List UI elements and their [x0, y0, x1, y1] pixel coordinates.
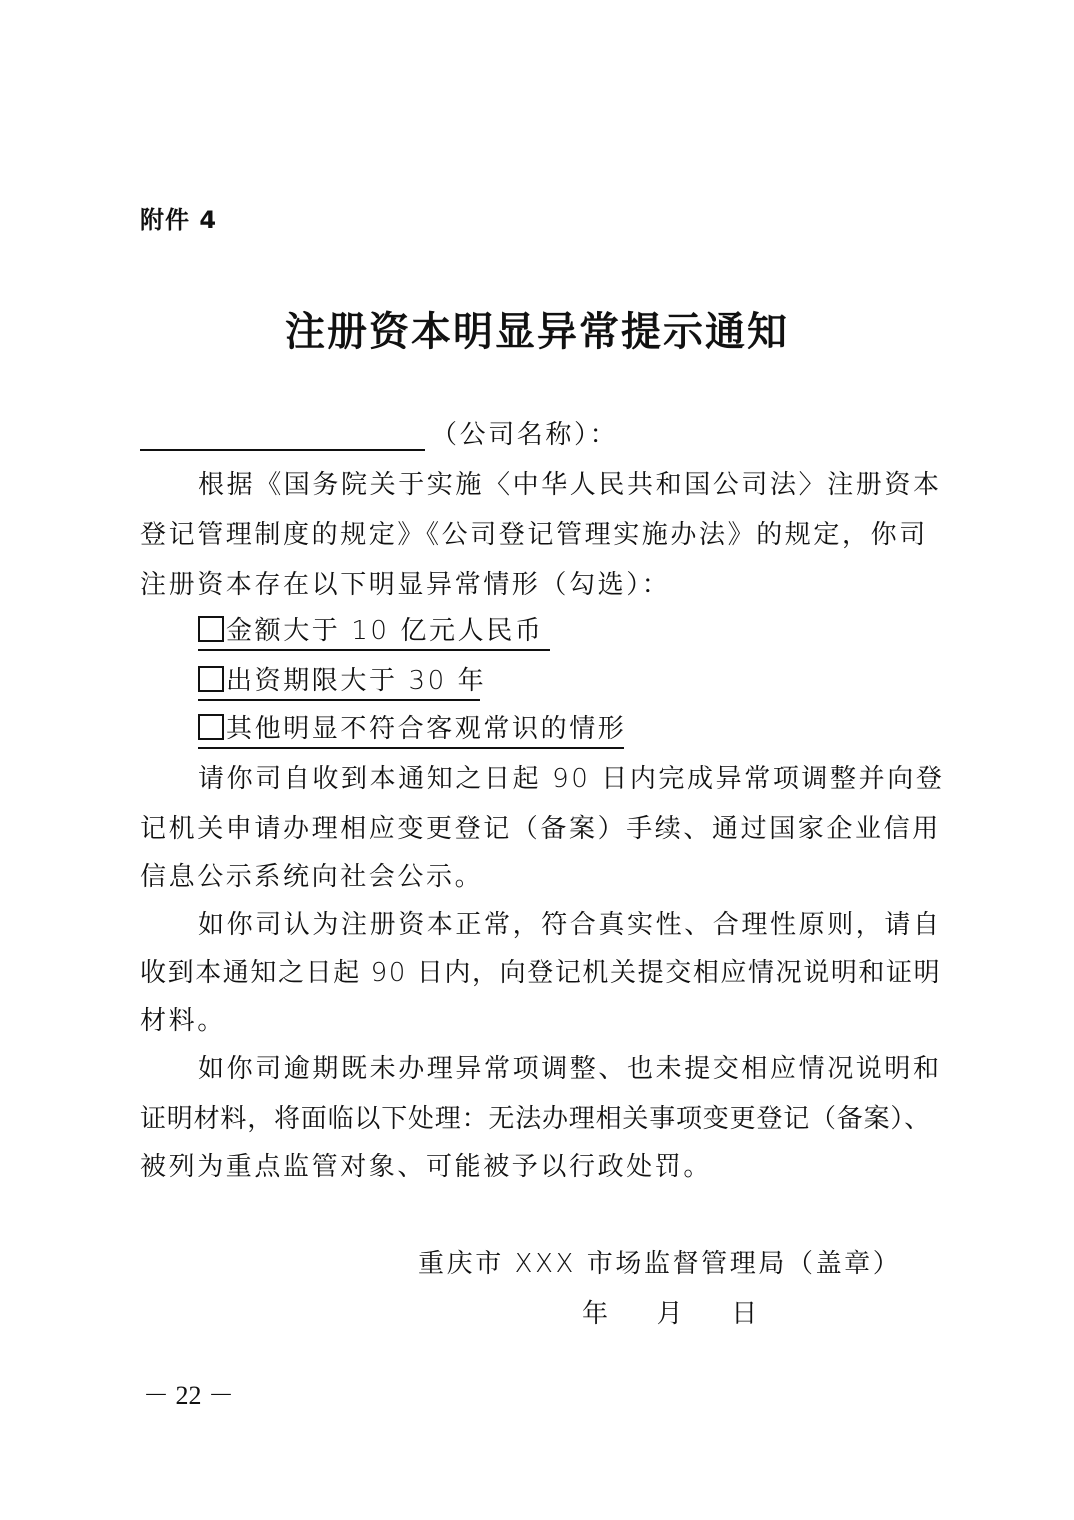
- date-day: 日: [731, 1299, 760, 1329]
- checkbox-item-amount[interactable]: 金额大于 10 亿元人民币: [198, 610, 550, 651]
- recipient-line: （公司名称）：: [140, 414, 618, 451]
- paragraph2-line3: 信息公示系统向社会公示。: [140, 856, 483, 893]
- checkbox-label: 金额大于 10 亿元人民币: [226, 616, 543, 646]
- date-month: 月: [657, 1299, 686, 1329]
- page-number: － 22 －: [143, 1375, 234, 1412]
- paragraph3-line2: 收到本通知之日起 90 日内，向登记机关提交相应情况说明和证明: [140, 952, 941, 989]
- issuer-signature: 重庆市 XXX 市场监督管理局（盖章）: [418, 1243, 901, 1280]
- paragraph4-line1: 如你司逾期既未办理异常项调整、也未提交相应情况说明和: [198, 1048, 942, 1085]
- annex-label: 附件 4: [140, 200, 217, 235]
- checkbox-label: 其他明显不符合客观常识的情形: [226, 714, 626, 744]
- paragraph1-line1: 根据《国务院关于实施〈中华人民共和国公司法〉注册资本: [198, 464, 942, 501]
- checkbox-icon[interactable]: [198, 714, 224, 740]
- date-line: 年月日: [582, 1293, 806, 1330]
- checkbox-icon[interactable]: [198, 616, 224, 642]
- paragraph2-line2: 记机关申请办理相应变更登记（备案）手续、通过国家企业信用: [140, 808, 941, 845]
- paragraph3-line1: 如你司认为注册资本正常，符合真实性、合理性原则，请自: [198, 904, 942, 941]
- checkbox-label: 出资期限大于 30 年: [226, 666, 486, 696]
- company-name-blank[interactable]: [140, 419, 425, 451]
- checkbox-item-term[interactable]: 出资期限大于 30 年: [198, 660, 480, 701]
- paragraph1-line3: 注册资本存在以下明显异常情形（勾选）：: [140, 564, 670, 601]
- document-title: 注册资本明显异常提示通知: [0, 300, 1074, 357]
- paragraph2-line1: 请你司自收到本通知之日起 90 日内完成异常项调整并向登: [198, 758, 944, 795]
- paragraph4-line3: 被列为重点监管对象、可能被予以行政处罚。: [140, 1146, 712, 1183]
- company-name-label: （公司名称）：: [431, 420, 618, 450]
- date-year: 年: [582, 1299, 611, 1329]
- paragraph4-line2: 证明材料，将面临以下处理：无法办理相关事项变更登记（备案）、: [140, 1098, 931, 1135]
- checkbox-icon[interactable]: [198, 666, 224, 692]
- paragraph3-line3: 材料。: [140, 1000, 226, 1037]
- checkbox-item-other[interactable]: 其他明显不符合客观常识的情形: [198, 708, 624, 749]
- paragraph1-line2: 登记管理制度的规定》《公司登记管理实施办法》的规定，你司: [140, 514, 928, 551]
- document-page: 附件 4 注册资本明显异常提示通知 （公司名称）： 根据《国务院关于实施〈中华人…: [0, 0, 1074, 1520]
